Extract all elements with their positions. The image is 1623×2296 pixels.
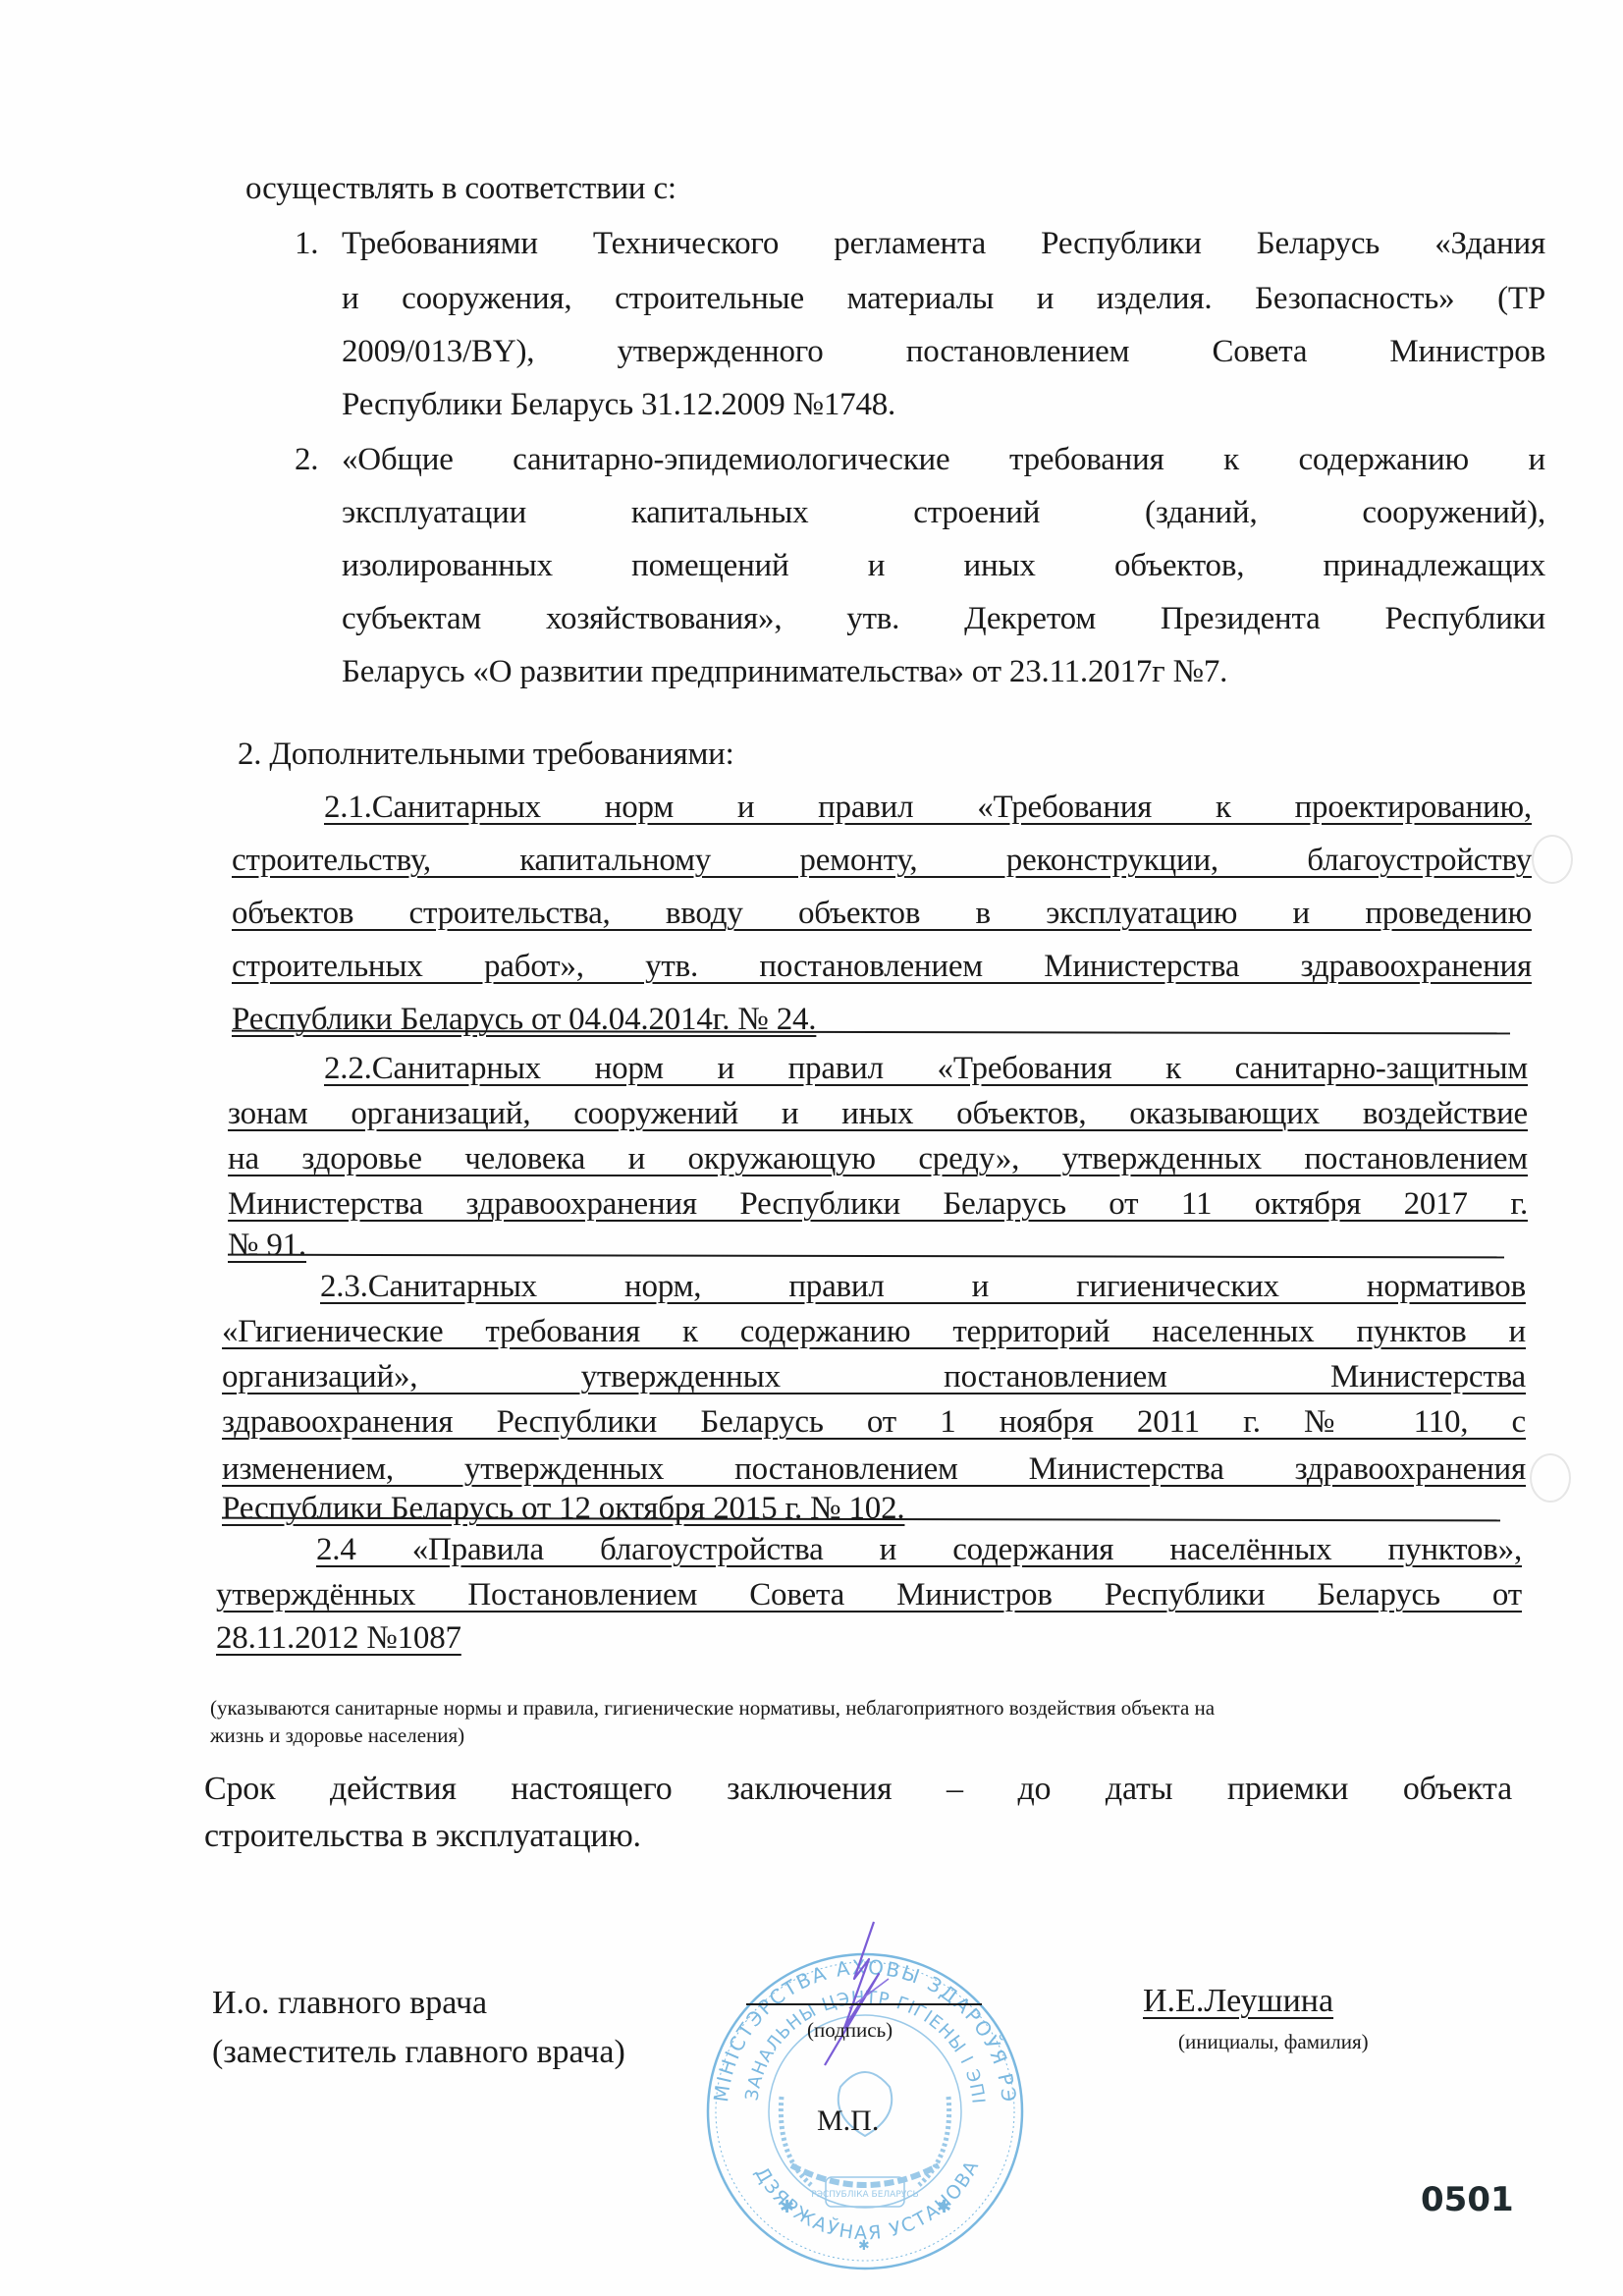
section-2-heading: 2. Дополнительными требованиями: (238, 735, 734, 774)
item-2-2-line: зонам организаций, сооружений и иных объ… (228, 1094, 1528, 1133)
item-2-1-line: строительству, капитальному ремонту, рек… (232, 841, 1532, 880)
signatory-name: И.Е.Леушина (1143, 1982, 1333, 2021)
item-2-3-line: «Гигиенические требования к содержанию т… (222, 1312, 1526, 1351)
list-item-1-line: Требованиями Технического регламента Рес… (342, 224, 1545, 263)
item-2-2-line: 2.2.Санитарных норм и правил «Требования… (324, 1049, 1528, 1088)
note-line: жизнь и здоровье населения) (210, 1721, 464, 1750)
item-2-3-line: 2.3.Санитарных норм, правил и гигиеничес… (320, 1267, 1526, 1306)
seal-place-label: М.П. (817, 2102, 879, 2141)
validity-line: строительства в эксплуатацию. (204, 1817, 641, 1856)
item-2-1-line: 2.1.Санитарных норм и правил «Требования… (324, 788, 1532, 827)
list-item-2-line: Беларусь «О развитии предпринимательства… (342, 652, 1227, 691)
item-2-3-line: здравоохранения Республики Беларусь от 1… (222, 1402, 1526, 1442)
item-2-2-line: на здоровье человека и окружающую среду»… (228, 1139, 1528, 1178)
note-line: (указываются санитарные нормы и правила,… (210, 1693, 1215, 1722)
item-2-3-line: Республики Беларусь от 12 октября 2015 г… (222, 1489, 904, 1528)
item-2-2-line: Министерства здравоохранения Республики … (228, 1184, 1528, 1224)
underline-rule (228, 1254, 1504, 1259)
intro-text: осуществлять в соответствии с: (245, 169, 676, 208)
list-item-2-line: субъектам хозяйствования», утв. Декретом… (342, 599, 1545, 638)
item-2-1-line: Республики Беларусь от 04.04.2014г. № 24… (232, 1000, 816, 1039)
list-item-2-line: изолированных помещений и иных объектов,… (342, 546, 1545, 585)
item-2-2-line: № 91. (228, 1226, 306, 1265)
item-2-4-line: 2.4 «Правила благоустройства и содержани… (316, 1530, 1522, 1569)
list-item-2-line: эксплуатации капитальных строений (здани… (342, 493, 1545, 532)
svg-text:✱: ✱ (780, 2197, 794, 2217)
validity-line: Срок действия настоящего заключения – до… (204, 1770, 1512, 1809)
list-item-2-number: 2. (295, 440, 318, 479)
list-item-1-line: Республики Беларусь 31.12.2009 №1748. (342, 385, 895, 424)
signature-line (746, 2003, 982, 2005)
item-2-4-line: 28.11.2012 №1087 (216, 1618, 461, 1658)
position-title-deputy: (заместитель главного врача) (212, 2033, 625, 2072)
item-2-1-line: строительных работ», утв. постановлением… (232, 947, 1532, 986)
signature-caption: (подпись) (807, 2017, 893, 2043)
svg-text:✱: ✱ (937, 2197, 951, 2217)
list-item-2-line: «Общие санитарно-эпидемиологические треб… (342, 440, 1545, 479)
handwritten-signature-icon (795, 1920, 913, 2067)
svg-text:РЭСПУБЛІКА БЕЛАРУСЬ: РЭСПУБЛІКА БЕЛАРУСЬ (811, 2190, 918, 2200)
item-2-3-line: организаций», утвержденных постановление… (222, 1357, 1526, 1396)
list-item-1-number: 1. (295, 224, 318, 263)
name-caption: (инициалы, фамилия) (1178, 2029, 1369, 2054)
svg-text:✱: ✱ (858, 2238, 870, 2254)
punch-hole-mark (1530, 1453, 1571, 1503)
item-2-3-line: изменением, утвержденных постановлением … (222, 1449, 1526, 1489)
item-2-1-line: объектов строительства, вводу объектов в… (232, 894, 1532, 933)
position-title: И.о. главного врача (212, 1984, 487, 2023)
list-item-1-line: и сооружения, строительные материалы и и… (342, 279, 1545, 318)
page-number: 0501 (1421, 2180, 1514, 2219)
list-item-1-line: 2009/013/BY), утвержденного постановлени… (342, 332, 1545, 371)
punch-hole-mark (1532, 835, 1573, 884)
item-2-4-line: утверждённых Постановлением Совета Минис… (216, 1575, 1522, 1614)
document-page: осуществлять в соответствии с: 1. Требов… (0, 0, 1623, 2296)
